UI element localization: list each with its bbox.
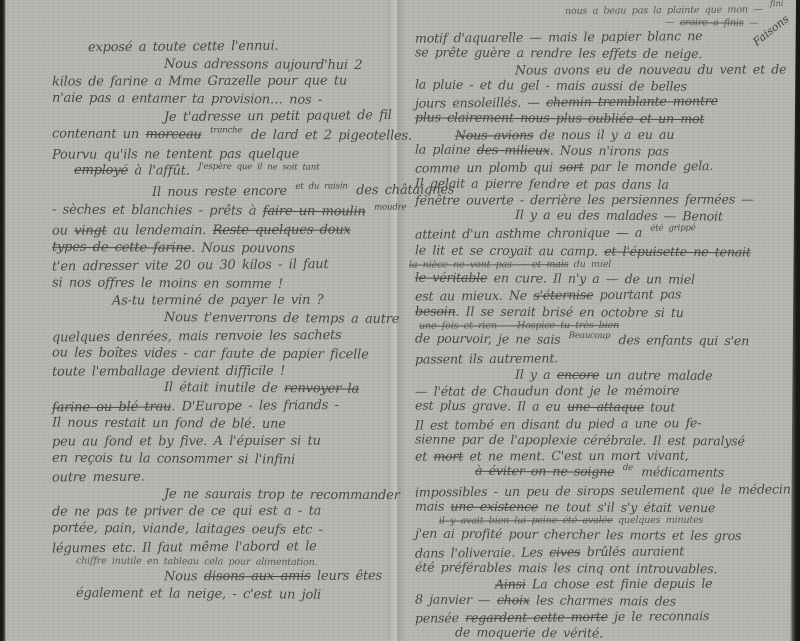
handwriting-line: As-tu terminé de payer le vin ?: [112, 292, 386, 311]
handwriting-line: Nous adressons aujourd'hui 2: [164, 55, 386, 74]
handwriting-line: quelques denrées, mais renvoie les sache…: [52, 326, 386, 347]
handwriting-line: peu au fond et by five. A l'épuiser si t…: [52, 432, 386, 451]
handwriting-line: Nous t'enverrons de temps a autre: [164, 309, 386, 328]
handwriting-line: Il est tombé en disant du pied a une ou …: [415, 414, 786, 434]
handwriting-line: atteint d'un asthme chronique — a été gr…: [415, 223, 786, 245]
handwriting-line: portée, pain, viande, laitages oeufs etc…: [52, 520, 386, 540]
handwriting-line: contenant un morceau tranche de lard et …: [52, 125, 386, 147]
handwriting-line: t'en adresser vite 20 ou 30 kilos - il f…: [52, 256, 386, 277]
handwriting-line: Je t'adresse un petit paquet de fil: [164, 107, 386, 127]
handwriting-line: légumes etc. Il faut même l'abord et le: [52, 537, 386, 558]
handwriting-line: de ne pas te priver de ce qui est a - ta: [52, 503, 386, 522]
handwriting-line: outre mesure.: [52, 467, 386, 488]
letter-page-right: nous a beau pas la plainte que mon — fin…: [398, 0, 792, 641]
handwriting-line: passent ils autrement.: [415, 349, 786, 369]
handwriting-line: - sèches et blanchies - prêts à faire un…: [52, 202, 386, 224]
handwriting-line: Nous avions de nous il y a eu au: [455, 126, 786, 143]
handwriting-line: kilos de farine a Mme Grazelle pour que …: [52, 73, 386, 92]
handwriting-line: Nous disons aux amis leurs êtes: [164, 568, 386, 586]
left-page-lines: exposé a toute cette l'ennui.Nous adress…: [52, 38, 386, 603]
handwriting-line: Ainsi La chose est finie depuis le: [495, 576, 786, 593]
handwriting-line: toute l'emballage devient difficile !: [52, 362, 386, 381]
handwriting-line: exposé a toute cette l'ennui.: [88, 37, 386, 57]
handwriting-line: dans l'oliveraie. Les cives brûlés aurai…: [415, 542, 786, 562]
handwriting-line: également et la neige, - c'est un joli: [76, 585, 386, 605]
handwriting-line: se prête guère a rendre les effets de ne…: [415, 45, 786, 64]
right-page-lines: motif d'aquarelle — mais le papier blanc…: [415, 29, 786, 641]
handwriting-line: et mort et ne ment. C'est un mort vivant…: [415, 447, 786, 465]
handwriting-line: Il nous reste encore et du raisin des ch…: [152, 182, 386, 204]
handwriting-line: est au mieux. Ne s'éternise pourtant pas: [415, 286, 786, 306]
handwriting-line: de moquerie de vérité.: [455, 625, 786, 641]
letter-page-left: exposé a toute cette l'ennui.Nous adress…: [6, 0, 392, 641]
handwriting-line: nous a beau pas la plainte que mon — fin…: [565, 4, 786, 18]
handwriting-line: impossibles - un peu de sirops seulement…: [415, 481, 786, 501]
handwriting-line: Nous avons eu de nouveau du vent et de: [515, 61, 786, 78]
handwriting-line: ou vingt au lendemain. Reste quelques do…: [52, 221, 386, 240]
handwriting-line: ou les boîtes vides - car faute de papie…: [52, 345, 386, 365]
handwriting-line: comme un plomb qui sort par le monde gel…: [415, 158, 786, 178]
handwriting-line: fenêtre ouverte - derrière les persienne…: [415, 191, 786, 209]
right-page-annotations: nous a beau pas la plainte que mon — fin…: [415, 5, 786, 29]
manuscript-scan: exposé a toute cette l'ennui.Nous adress…: [0, 0, 800, 641]
